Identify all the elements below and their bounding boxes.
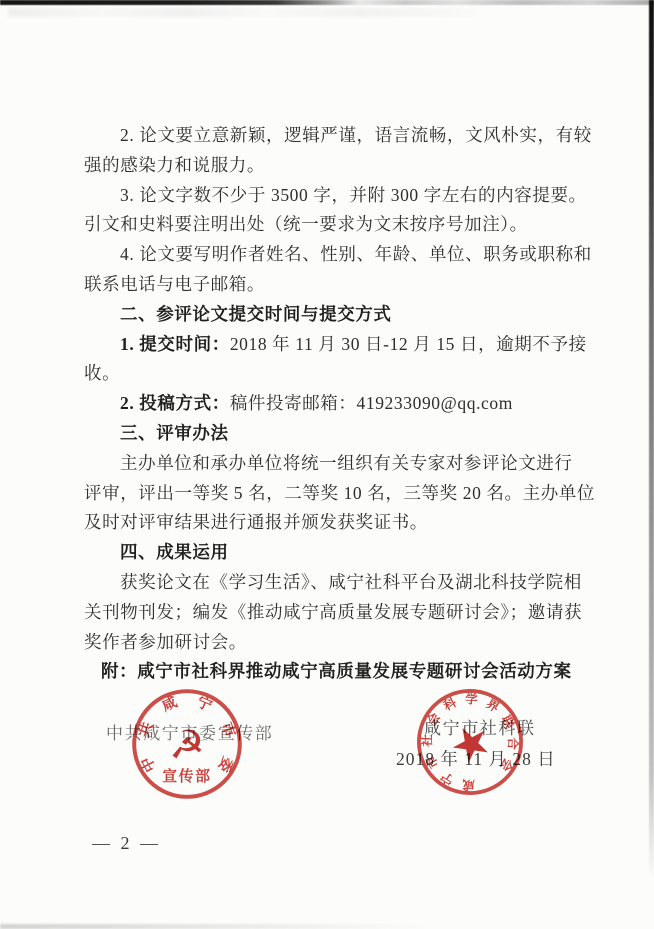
doc-line: 3. 论文字数不少于 3500 字，并附 300 字左右的内容提要。: [84, 181, 580, 211]
scanned-document-page: { "document": { "lines": [ {"bold": "", …: [0, 0, 654, 929]
doc-heading-4: 四、成果运用: [84, 538, 580, 568]
doc-line: 联系电话与电子邮箱。: [84, 270, 580, 300]
doc-line-text: 2018 年 11 月 30 日-12 月 15 日，逾期不予接: [230, 334, 587, 354]
seal-ring-character: 社: [419, 733, 434, 748]
doc-line: 主办单位和承办单位将统一组织有关专家对参评论文进行: [84, 449, 580, 479]
scan-edge-top: [0, 0, 654, 5]
doc-line: 1. 提交时间：2018 年 11 月 30 日-12 月 15 日，逾期不予接: [84, 330, 580, 360]
doc-heading-3: 三、评审办法: [84, 419, 580, 449]
seal-bottom-label: 宣传部: [162, 767, 211, 785]
seal-ring-character: 合: [505, 737, 520, 751]
doc-line: 强的感染力和说服力。: [84, 151, 580, 181]
document-body: 2. 论文要立意新颖，逻辑严谨，语言流畅，文风朴实，有较 强的感染力和说服力。 …: [84, 121, 580, 687]
seal-ring-character: 学: [465, 691, 479, 706]
doc-line: 2. 投稿方式：稿件投寄邮箱：419233090@qq.com: [84, 389, 580, 419]
left-seal-party-propaganda: ☭ 宣传部 中共咸宁市委: [120, 686, 254, 802]
star-icon: ★: [440, 710, 502, 777]
doc-line-text: 获奖论文在《学习生活》、咸宁社科平台及湖北科技学院相: [120, 572, 582, 592]
doc-line-bold: 1. 提交时间：: [120, 334, 230, 354]
scan-edge-right: [649, 0, 654, 878]
doc-line: 及时对评审结果进行通报并颁发获奖证书。: [84, 508, 580, 538]
scan-edge-bottom: [0, 924, 430, 929]
doc-line: 2. 论文要立意新颖，逻辑严谨，语言流畅，文风朴实，有较: [84, 121, 580, 151]
doc-line: 奖作者参加研讨会。: [84, 628, 580, 658]
doc-line-text: 引文和史料要注明出处（统一要求为文末按序号加注）。: [84, 214, 528, 234]
doc-line: 评审，评出一等奖 5 名，二等奖 10 名，三等奖 20 名。主办单位: [84, 479, 580, 509]
doc-line-bold: 三、评审办法: [120, 423, 229, 443]
doc-line-text: 奖作者参加研讨会。: [84, 632, 247, 652]
doc-line-bold: 2. 投稿方式：: [120, 393, 230, 413]
hammer-sickle-icon: ☭: [169, 723, 205, 769]
doc-line-text: 及时对评审结果进行通报并颁发获奖证书。: [84, 512, 428, 532]
seal-ring-character: 咸: [461, 777, 475, 792]
doc-line: 收。: [84, 359, 580, 389]
doc-line: 引文和史料要注明出处（统一要求为文末按序号加注）。: [84, 210, 580, 240]
doc-line-text: 4. 论文要写明作者姓名、性别、年龄、单位、职务或职称和: [120, 244, 592, 264]
doc-line-text: 强的感染力和说服力。: [84, 155, 265, 175]
doc-heading-2: 二、参评论文提交时间与提交方式: [84, 300, 580, 330]
doc-line-bold: 二、参评论文提交时间与提交方式: [120, 304, 392, 324]
doc-line-text: 稿件投寄邮箱：419233090@qq.com: [230, 393, 513, 413]
scan-smudge-top-left: [8, 8, 478, 17]
doc-line-text: 3. 论文字数不少于 3500 字，并附 300 字左右的内容提要。: [120, 185, 587, 205]
doc-line-text: 2. 论文要立意新颖，逻辑严谨，语言流畅，文风朴实，有较: [120, 125, 592, 145]
doc-line-text: 关刊物刊发；编发《推动咸宁高质量发展专题研讨会》；邀请获: [84, 602, 582, 622]
doc-line: 4. 论文要写明作者姓名、性别、年龄、单位、职务或职称和: [84, 240, 580, 270]
doc-line: 获奖论文在《学习生活》、咸宁社科平台及湖北科技学院相: [84, 568, 580, 598]
doc-line-bold: 四、成果运用: [120, 542, 229, 562]
doc-line-text: 主办单位和承办单位将统一组织有关专家对参评论文进行: [120, 453, 573, 473]
doc-line-text: 评审，评出一等奖 5 名，二等奖 10 名，三等奖 20 名。主办单位: [84, 483, 595, 503]
doc-line: 关刊物刊发；编发《推动咸宁高质量发展专题研讨会》；邀请获: [84, 598, 580, 628]
doc-line-text: 联系电话与电子邮箱。: [84, 274, 265, 294]
doc-line-text: 收。: [84, 363, 120, 383]
page-number: — 2 —: [92, 833, 161, 854]
